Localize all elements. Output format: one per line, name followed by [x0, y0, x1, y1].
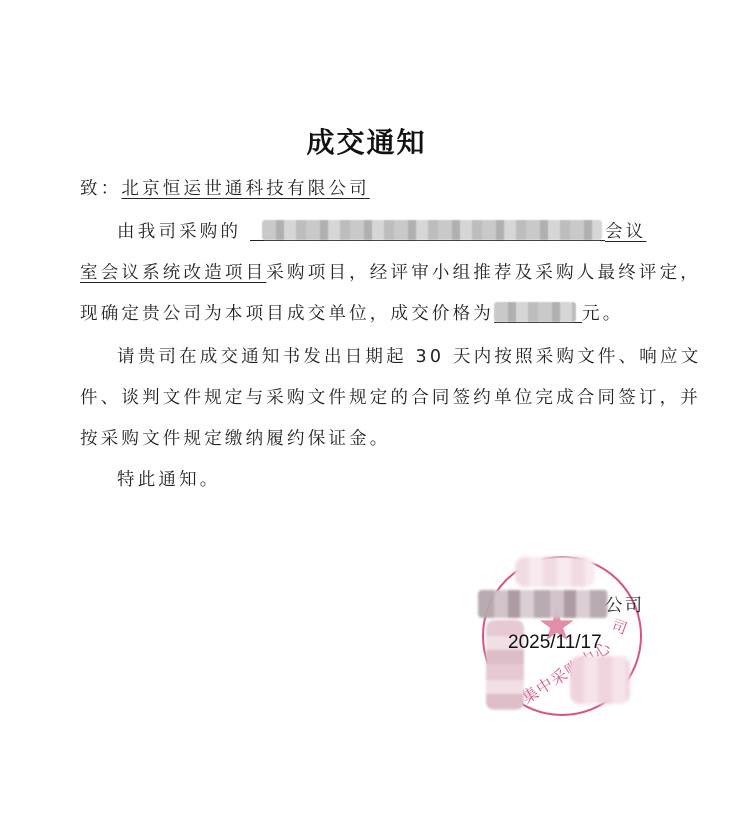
p1-suffix: 会议 — [605, 222, 646, 242]
recipient-name: 北京恒运世通科技有限公司 — [121, 179, 369, 199]
paragraph2-line2: 件、谈判文件规定与采购文件规定的合同签约单位完成合同签订，并 — [80, 384, 701, 409]
p1-line3-text: 现确定贵公司为本项目成交单位，成交价格为 — [80, 304, 494, 324]
p1-line2-text: 采购项目，经评审小组推荐及采购人最终评定， — [266, 263, 701, 283]
closing-text: 特此通知。 — [117, 466, 221, 491]
stamp-redaction — [515, 557, 595, 587]
paragraph1-line3: 现确定贵公司为本项目成交单位，成交价格为元。 — [80, 300, 623, 325]
document-title: 成交通知 — [0, 121, 733, 161]
paragraph2-line1: 请贵司在成交通知书发出日期起 30 天内按照采购文件、响应文 — [117, 343, 701, 368]
stamp-redaction — [570, 656, 630, 704]
redacted-price — [494, 302, 582, 323]
recipient-line: 致：北京恒运世通科技有限公司 — [80, 175, 370, 200]
price-unit: 元。 — [582, 304, 623, 324]
recipient-prefix: 致： — [80, 179, 121, 199]
project-name-tail: 室会议系统改造项目 — [80, 263, 266, 283]
signature-company-suffix: 公司 — [605, 592, 644, 617]
paragraph2-line3: 按采购文件规定缴纳履约保证金。 — [80, 425, 391, 450]
signature-date: 2025/11/17 — [508, 632, 602, 654]
redacted-company-name — [478, 590, 608, 618]
paragraph1-line1: 由我司采购的 会议 — [117, 218, 646, 243]
p1-prefix: 由我司采购的 — [117, 222, 241, 242]
paragraph1-line2: 室会议系统改造项目采购项目，经评审小组推荐及采购人最终评定， — [80, 259, 701, 284]
redacted-project-name — [250, 220, 605, 241]
